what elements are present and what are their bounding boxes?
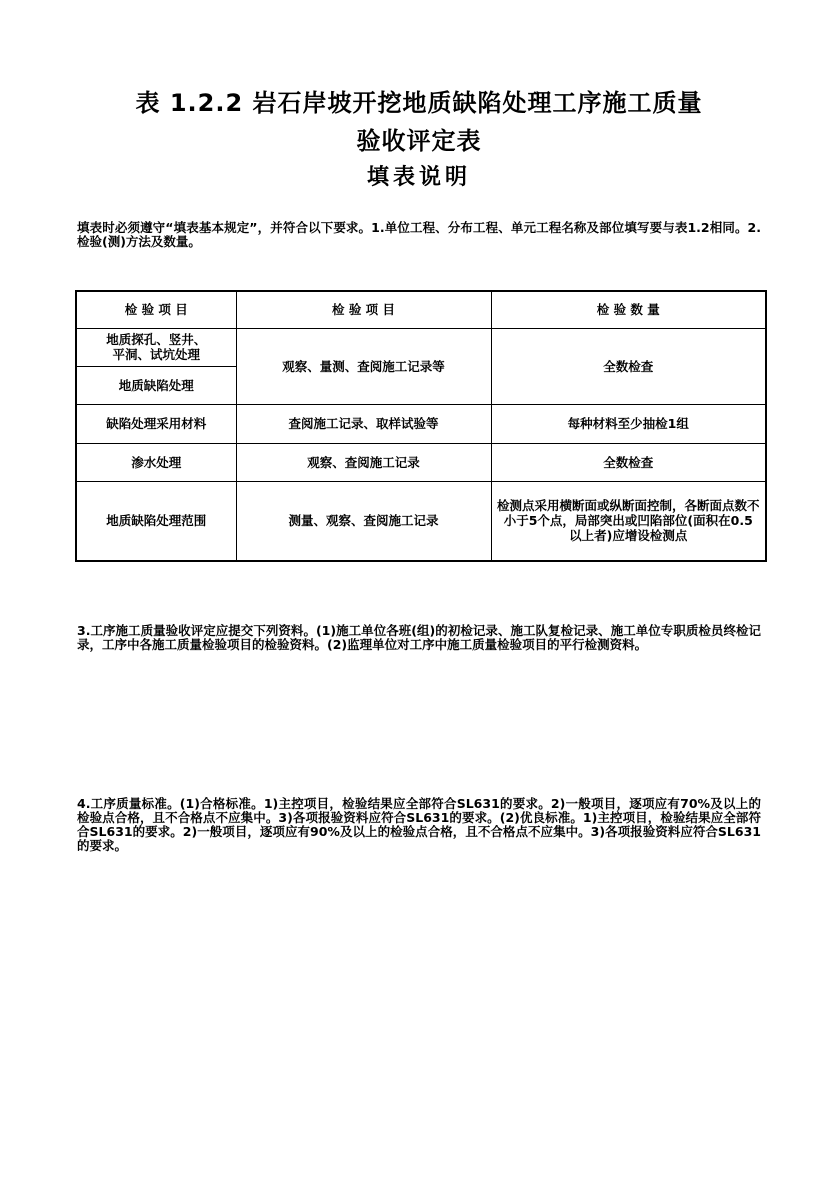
cell-method-review-sampling: 查阅施工记录、取样试验等 (236, 404, 491, 443)
table-row: 渗水处理 观察、查阅施工记录 全数检查 (76, 443, 766, 481)
paragraph-basic-rules: 填表时必须遵守“填表基本规定”，并符合以下要求。1.单位工程、分布工程、单元工程… (77, 221, 761, 249)
title-line-1: 表 1.2.2 岩石岸坡开挖地质缺陷处理工序施工质量 (0, 84, 838, 122)
cell-quantity-sample-per-material: 每种材料至少抽检1组 (491, 404, 766, 443)
cell-item-geological-holes: 地质探孔、竖井、 平洞、试坑处理 (76, 328, 236, 366)
cell-quantity-full-inspection: 全数检查 (491, 328, 766, 404)
cell-method-measure-observe-review: 测量、观察、查阅施工记录 (236, 481, 491, 561)
cell-method-observe-measure-review: 观察、量测、查阅施工记录等 (236, 328, 491, 404)
paragraph-quality-standards: 4.工序质量标准。(1)合格标准。1)主控项目，检验结果应全部符合SL631的要… (77, 797, 761, 853)
column-header-inspection-method: 检 验 项 目 (236, 291, 491, 328)
document-title-block: 表 1.2.2 岩石岸坡开挖地质缺陷处理工序施工质量 验收评定表 填表说明 (0, 84, 838, 194)
paragraph-acceptance-materials: 3.工序施工质量验收评定应提交下列资料。(1)施工单位各班(组)的初检记录、施工… (77, 624, 761, 652)
column-header-inspection-item: 检 验 项 目 (76, 291, 236, 328)
table-row: 地质探孔、竖井、 平洞、试坑处理 观察、量测、查阅施工记录等 全数检查 (76, 328, 766, 366)
cell-quantity-cross-section-control: 检测点采用横断面或纵断面控制，各断面点数不小于5个点，局部突出或凹陷部位(面积在… (491, 481, 766, 561)
table-row: 地质缺陷处理范围 测量、观察、查阅施工记录 检测点采用横断面或纵断面控制，各断面… (76, 481, 766, 561)
cell-item-defect-treatment-scope: 地质缺陷处理范围 (76, 481, 236, 561)
cell-item-geological-defect-treatment: 地质缺陷处理 (76, 366, 236, 404)
table-row: 缺陷处理采用材料 查阅施工记录、取样试验等 每种材料至少抽检1组 (76, 404, 766, 443)
subtitle-filling-instructions: 填表说明 (0, 162, 838, 194)
cell-method-observe-review: 观察、查阅施工记录 (236, 443, 491, 481)
table-header-row: 检 验 项 目 检 验 项 目 检 验 数 量 (76, 291, 766, 328)
inspection-method-quantity-table: 检 验 项 目 检 验 项 目 检 验 数 量 地质探孔、竖井、 平洞、试坑处理… (75, 290, 767, 562)
cell-item-seepage-treatment: 渗水处理 (76, 443, 236, 481)
column-header-inspection-quantity: 检 验 数 量 (491, 291, 766, 328)
document-page: 表 1.2.2 岩石岸坡开挖地质缺陷处理工序施工质量 验收评定表 填表说明 填表… (0, 0, 838, 1186)
title-line-2: 验收评定表 (0, 122, 838, 160)
cell-item-defect-treatment-materials: 缺陷处理采用材料 (76, 404, 236, 443)
cell-quantity-full-inspection-2: 全数检查 (491, 443, 766, 481)
